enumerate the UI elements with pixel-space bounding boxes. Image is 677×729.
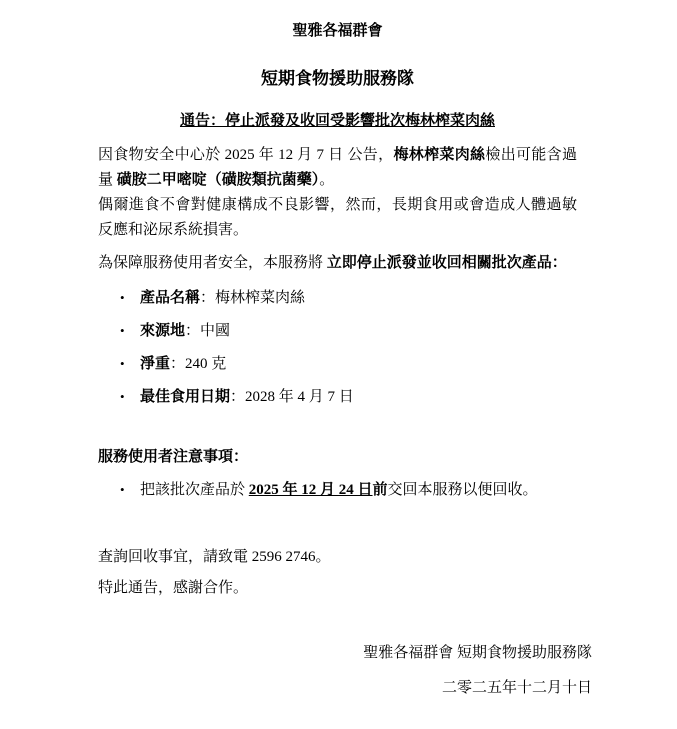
team-name: 短期食物援助服務隊 bbox=[98, 70, 577, 87]
detail-label: 淨重 bbox=[140, 356, 170, 372]
note-lead: 把該批次產品於 bbox=[140, 482, 249, 498]
signature-line: 聖雅各福群會 短期食物援助服務隊 bbox=[98, 641, 592, 666]
action-paragraph: 為保障服務使用者安全，本服務將 立即停止派發並收回相關批次產品： bbox=[98, 251, 577, 276]
notice-title: 通告：停止派發及收回受影響批次梅林榨菜肉絲 bbox=[98, 113, 577, 129]
bullet-marker: • bbox=[120, 351, 140, 376]
detail-label: 最佳食用日期 bbox=[140, 389, 230, 405]
detail-label: 來源地 bbox=[140, 323, 185, 339]
recall-announcement-paragraph: 因食物安全中心於 2025 年 12 月 7 日 公告，梅林榨菜肉絲檢出可能含過… bbox=[98, 143, 577, 193]
notice-document: 聖雅各福群會 短期食物援助服務隊 通告：停止派發及收回受影響批次梅林榨菜肉絲 因… bbox=[0, 0, 677, 729]
bullet-marker: • bbox=[120, 318, 140, 343]
bullet-marker: • bbox=[120, 285, 140, 310]
net-weight-item: •淨重：240 克 bbox=[120, 351, 577, 377]
announcement-tail: 。 bbox=[319, 172, 334, 188]
product-details-list: •產品名稱：梅林榨菜肉絲 •來源地：中國 •淨重：240 克 •最佳食用日期：2… bbox=[98, 285, 577, 410]
health-note-paragraph: 偶爾進食不會對健康構成不良影響，然而，長期食用或會造成人體過敏反應和泌尿系統損害… bbox=[98, 193, 577, 243]
enquiry-line: 查詢回收事宜，請致電 2596 2746。 bbox=[98, 545, 577, 570]
return-deadline-item: •把該批次產品於 2025 年 12 月 24 日前交回本服務以便回收。 bbox=[120, 477, 577, 503]
detail-value: ：2028 年 4 月 7 日 bbox=[230, 389, 354, 405]
detail-value: ：240 克 bbox=[170, 356, 226, 372]
note-before: 前 bbox=[373, 482, 388, 498]
action-lead: 為保障服務使用者安全，本服務將 bbox=[98, 255, 327, 271]
user-notes-list: •把該批次產品於 2025 年 12 月 24 日前交回本服務以便回收。 bbox=[98, 477, 577, 503]
detail-label: 產品名稱 bbox=[140, 290, 200, 306]
announcement-substance-name: 磺胺二甲嘧啶（磺胺類抗菌藥） bbox=[117, 172, 320, 188]
detail-value: ：梅林榨菜肉絲 bbox=[200, 290, 305, 306]
notice-title-text: 通告：停止派發及收回受影響批次梅林榨菜肉絲 bbox=[180, 113, 495, 129]
bullet-marker: • bbox=[120, 384, 140, 409]
detail-value: ：中國 bbox=[185, 323, 230, 339]
note-tail: 交回本服務以便回收。 bbox=[388, 482, 538, 498]
user-notes-heading: 服務使用者注意事項： bbox=[98, 445, 577, 470]
origin-item: •來源地：中國 bbox=[120, 318, 577, 344]
announcement-lead: 因食物安全中心於 2025 年 12 月 7 日 公告， bbox=[98, 147, 393, 163]
bullet-marker: • bbox=[120, 477, 140, 502]
date-line: 二零二五年十二月十日 bbox=[98, 676, 592, 701]
action-statement: 立即停止派發並收回相關批次產品： bbox=[327, 255, 567, 271]
product-name-item: •產品名稱：梅林榨菜肉絲 bbox=[120, 285, 577, 311]
org-name: 聖雅各福群會 bbox=[98, 23, 577, 39]
announcement-product-name: 梅林榨菜肉絲 bbox=[393, 147, 485, 163]
best-before-item: •最佳食用日期：2028 年 4 月 7 日 bbox=[120, 384, 577, 410]
return-deadline-date: 2025 年 12 月 24 日 bbox=[249, 482, 373, 498]
closing-line: 特此通告，感謝合作。 bbox=[98, 576, 577, 601]
